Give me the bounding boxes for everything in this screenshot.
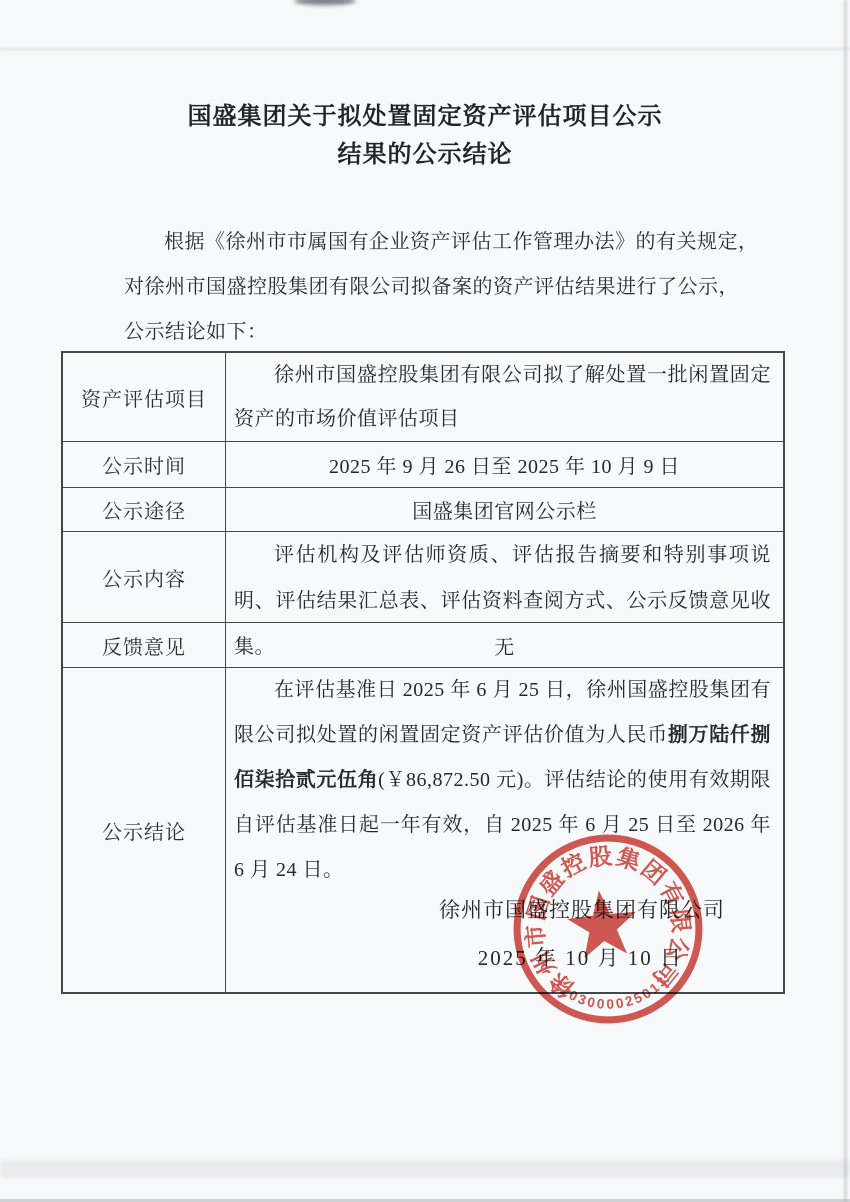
row-value-project: 徐州市国盛控股集团有限公司拟了解处置一批闲置固定资产的市场价值评估项目 [234, 353, 771, 441]
scan-artifact-band-top [0, 47, 850, 51]
row-label-publicity-content: 公示内容 [63, 532, 226, 622]
row-label-publicity-channel: 公示途径 [63, 488, 226, 531]
table-row-conclusion: 公示结论 在评估基准日 2025 年 6 月 25 日，徐州国盛控股集团有限公司… [63, 668, 783, 992]
intro-line-2: 对徐州市国盛控股集团有限公司拟备案的资产评估结果进行了公示， [124, 265, 740, 310]
scan-artifact-band-bottom [0, 1160, 850, 1178]
row-value-feedback: 无 [226, 623, 783, 667]
row-label-feedback: 反馈意见 [63, 623, 226, 667]
table-row-publicity-period: 公示时间 2025 年 9 月 26 日至 2025 年 10 月 9 日 [63, 442, 783, 488]
document-title-line-1: 国盛集团关于拟处置固定资产评估项目公示 [0, 98, 850, 136]
intro-paragraph: 根据《徐州市市属国有企业资产评估工作管理办法》的有关规定， 对徐州市国盛控股集团… [124, 220, 740, 355]
table-row-feedback: 反馈意见 无 [63, 623, 783, 668]
document-title-line-2: 结果的公示结论 [0, 136, 850, 174]
row-label-project: 资产评估项目 [63, 353, 226, 441]
conclusion-paragraph: 在评估基准日 2025 年 6 月 25 日，徐州国盛控股集团有限公司拟处置的闲… [234, 668, 771, 893]
scanned-document-page: 国盛集团关于拟处置固定资产评估项目公示 结果的公示结论 根据《徐州市市属国有企业… [0, 0, 850, 1202]
row-value-publicity-period: 2025 年 9 月 26 日至 2025 年 10 月 9 日 [226, 442, 783, 487]
table-row-publicity-channel: 公示途径 国盛集团官网公示栏 [63, 488, 783, 532]
assessment-publicity-table: 资产评估项目 徐州市国盛控股集团有限公司拟了解处置一批闲置固定资产的市场价值评估… [61, 351, 785, 994]
intro-line-3: 公示结论如下： [124, 310, 740, 355]
row-label-conclusion: 公示结论 [63, 668, 226, 992]
signature-date: 2025 年 10 月 10 日 [478, 936, 683, 981]
scan-artifact-top-smudge [294, 0, 356, 5]
intro-line-1: 根据《徐州市市属国有企业资产评估工作管理办法》的有关规定， [124, 220, 740, 265]
document-title: 国盛集团关于拟处置固定资产评估项目公示 结果的公示结论 [0, 98, 850, 174]
table-row-publicity-content: 公示内容 评估机构及评估师资质、评估报告摘要和特别事项说明、评估结果汇总表、评估… [63, 532, 783, 623]
row-value-publicity-channel: 国盛集团官网公示栏 [226, 488, 783, 531]
row-label-publicity-period: 公示时间 [63, 442, 226, 487]
scan-page-edge-right [844, 0, 847, 1202]
signature-company-name: 徐州市国盛控股集团有限公司 [439, 888, 725, 933]
table-row-project: 资产评估项目 徐州市国盛控股集团有限公司拟了解处置一批闲置固定资产的市场价值评估… [63, 353, 783, 442]
